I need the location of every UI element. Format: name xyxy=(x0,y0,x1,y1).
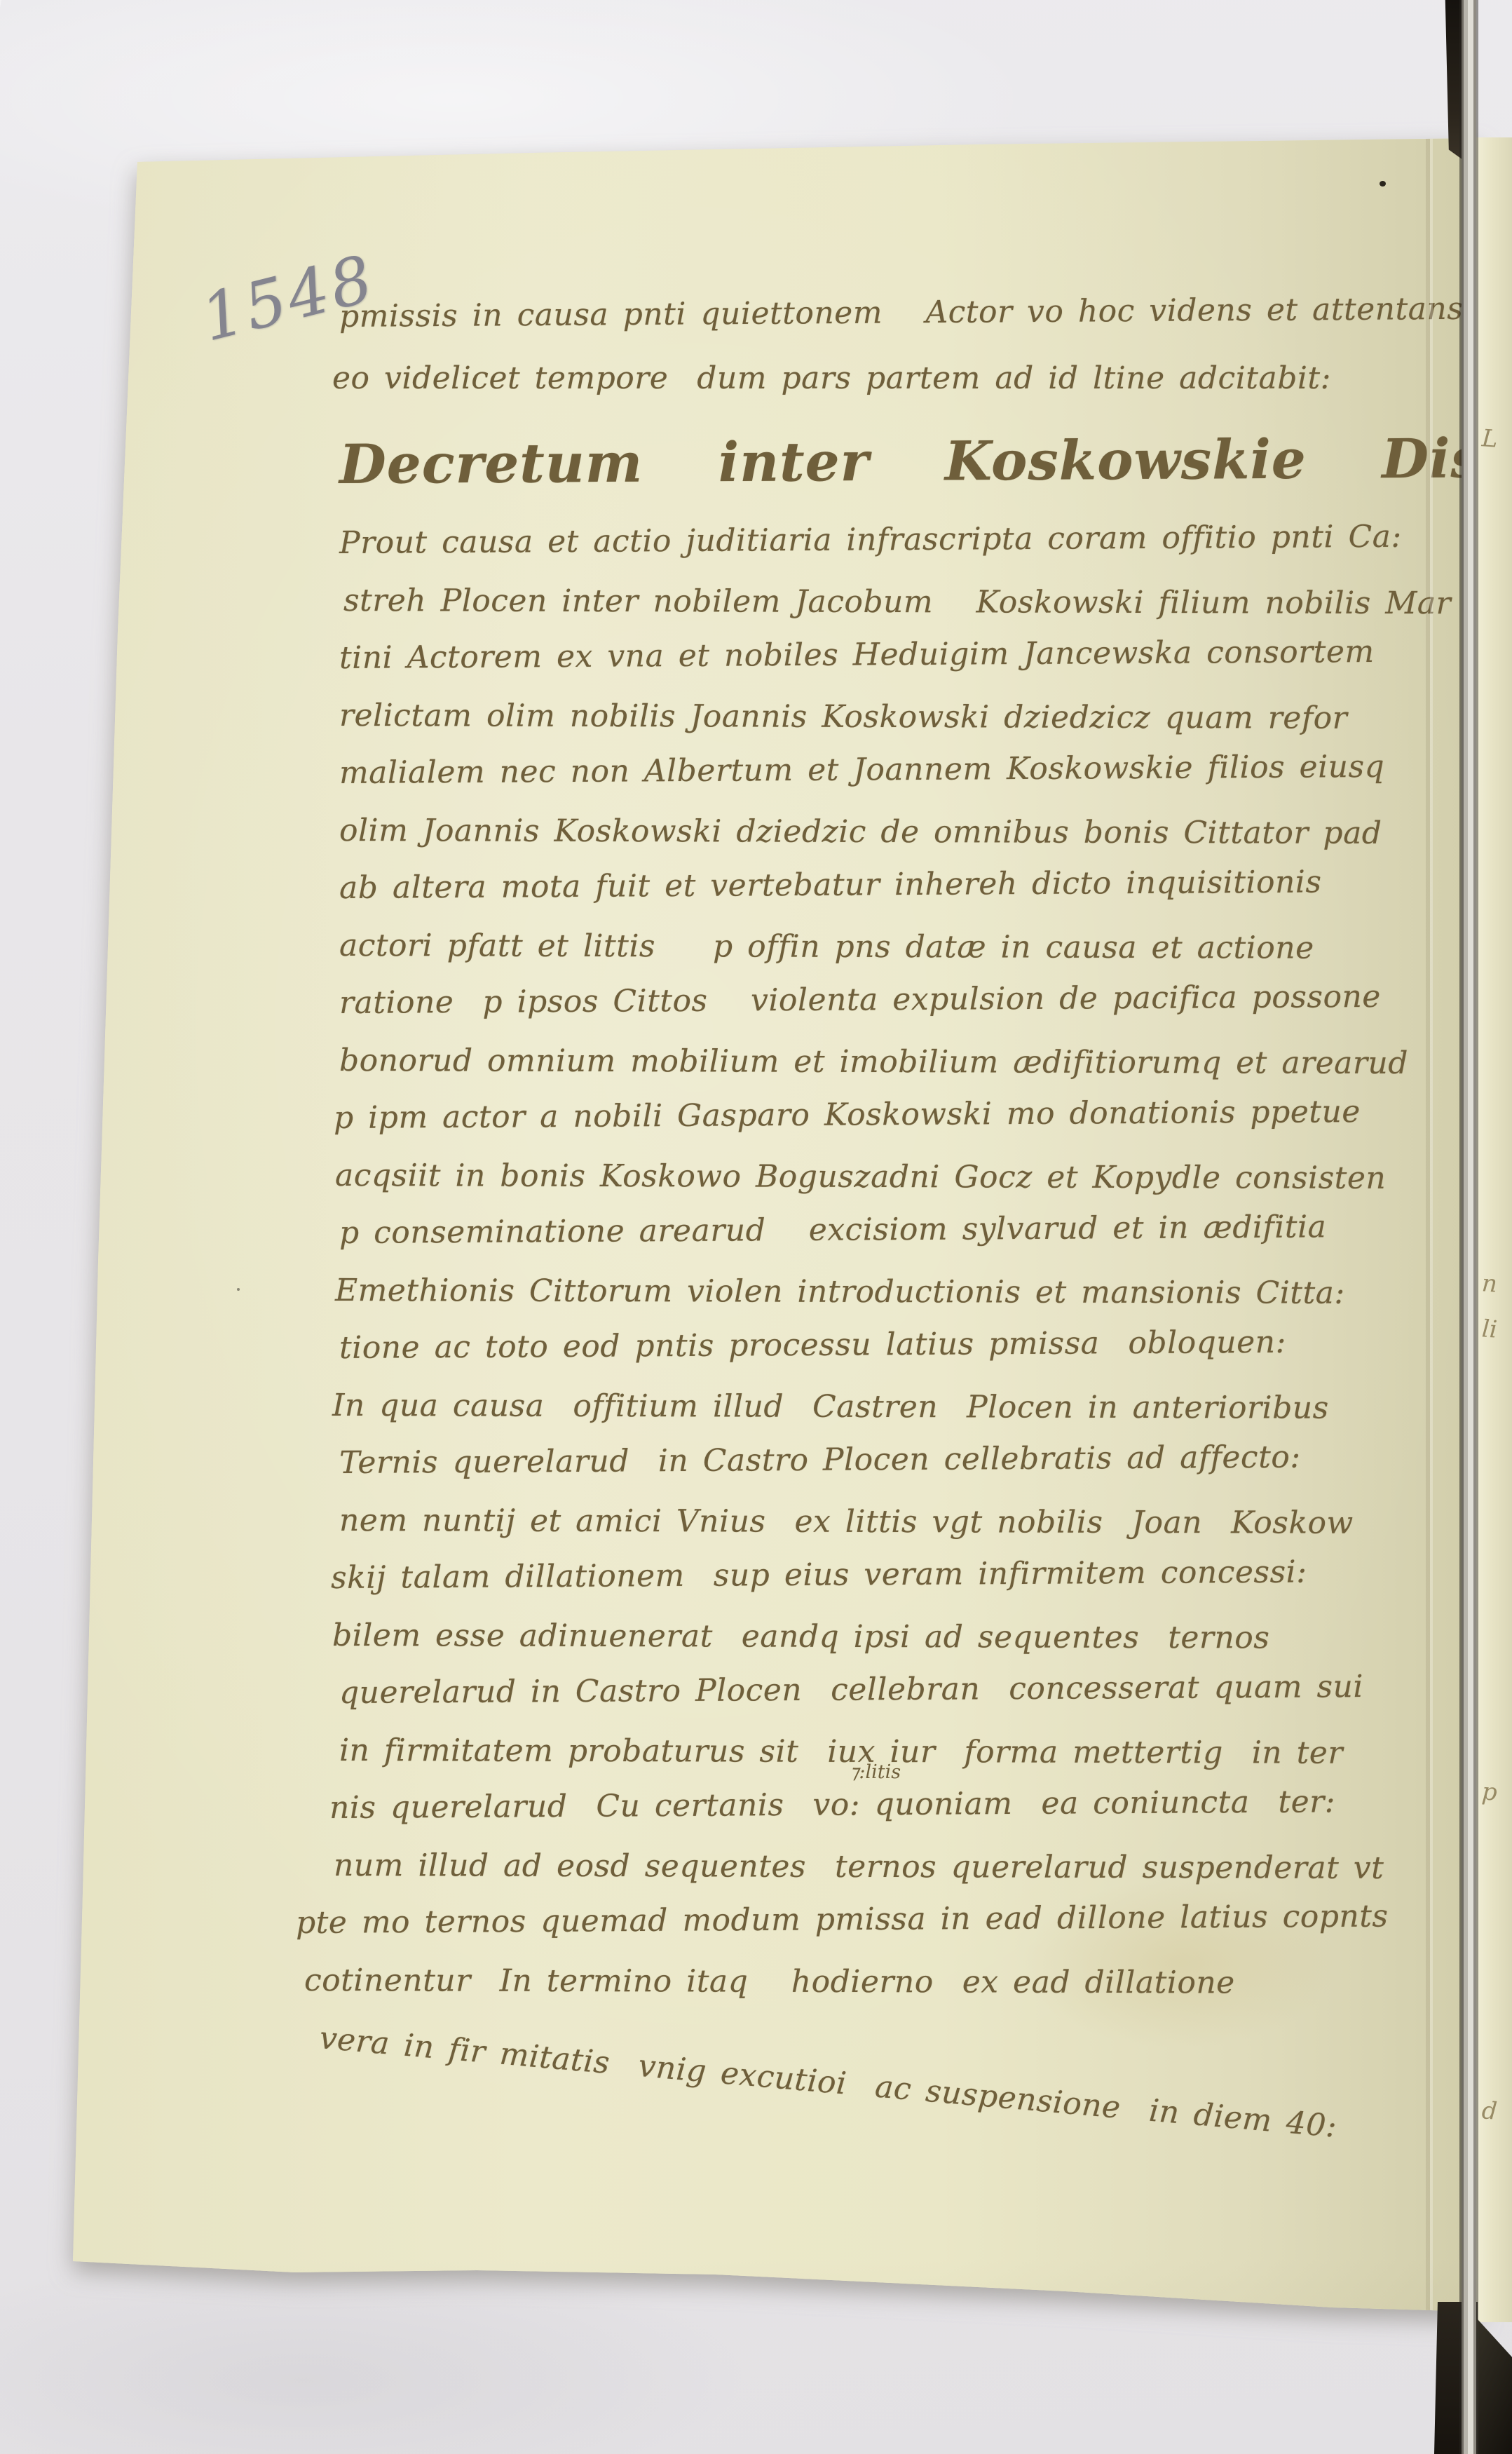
facing-page-ink-mark: n xyxy=(1481,1269,1499,1298)
manuscript-line: relictam olim nobilis Joannis Koskowski … xyxy=(339,687,1405,747)
manuscript-line: ab altera mota fuit et vertebatur inhere… xyxy=(339,853,1405,917)
manuscript-page: 1548 pmissis in causa pnti quiettonem Ac… xyxy=(0,0,1512,2454)
manuscript-line: Ternis querelarud in Castro Plocen celle… xyxy=(339,1428,1405,1492)
manuscript-text: pmissis in causa pnti quiettonem Actor v… xyxy=(339,286,1405,2067)
manuscript-line: streh Plocen inter nobilem Jacobum Kosko… xyxy=(343,572,1405,632)
facing-page-ink-mark: li xyxy=(1481,1315,1498,1343)
manuscript-line: Emethionis Cittorum violen introductioni… xyxy=(335,1262,1405,1322)
manuscript-line: pte mo ternos quemad modum pmissa in ead… xyxy=(296,1887,1405,1952)
manuscript-line: acqsiit in bonis Koskowo Boguszadni Gocz… xyxy=(335,1147,1405,1207)
decree-body: Prout causa et actio juditiaria infrascr… xyxy=(339,515,1405,2067)
manuscript-line: cotinentur In termino itaq hodierno ex e… xyxy=(304,1952,1405,2012)
ink-speck xyxy=(237,1288,240,1291)
manuscript-line: ratione p ipsos Cittos violenta expulsio… xyxy=(339,968,1405,1032)
manuscript-line: tione ac toto eod pntis processu latius … xyxy=(339,1313,1405,1377)
manuscript-line: In qua causa offitium illud Castren Ploc… xyxy=(332,1377,1405,1437)
manuscript-line: actori pfatt et littis p offin pns datæ … xyxy=(339,917,1405,977)
book-holder-rod xyxy=(1459,0,1478,2454)
interlinear-note: ⁊:litis xyxy=(850,1761,901,1783)
manuscript-line: bilem esse adinuenerat eandq ipsi ad seq… xyxy=(332,1607,1405,1667)
facing-page-ink-mark: d xyxy=(1481,2096,1499,2125)
opening-paragraph: pmissis in causa pnti quiettonem Actor v… xyxy=(339,286,1405,409)
ink-speck xyxy=(1380,181,1386,187)
facing-page-edge: Lnlipd xyxy=(1476,137,1512,2322)
manuscript-line: pmissis in causa pnti quiettonem Actor v… xyxy=(339,278,1405,348)
manuscript-line: tini Actorem ex vna et nobiles Heduigim … xyxy=(339,623,1405,687)
photo-background: 1548 pmissis in causa pnti quiettonem Ac… xyxy=(0,0,1512,2454)
manuscript-line: p conseminatione arearud excisiom sylvar… xyxy=(339,1198,1405,1262)
manuscript-line: Prout causa et actio juditiaria infrascr… xyxy=(339,508,1405,572)
manuscript-page-wrap: 1548 pmissis in causa pnti quiettonem Ac… xyxy=(0,0,1512,2454)
facing-page-ink-mark: L xyxy=(1481,424,1499,453)
manuscript-line: querelarud in Castro Plocen cellebran co… xyxy=(339,1658,1405,1722)
manuscript-line: vera in fir mitatis vnig excutioi ac sus… xyxy=(317,2009,1403,2162)
facing-page-ink-mark: p xyxy=(1481,1777,1499,1806)
manuscript-line: p ipm actor a nobili Gasparo Koskowski m… xyxy=(334,1083,1405,1147)
manuscript-line: skij talam dillationem sup eius veram in… xyxy=(331,1543,1405,1607)
manuscript-line: malialem nec non Albertum et Joannem Kos… xyxy=(339,738,1405,802)
manuscript-line: olim Joannis Koskowski dziedzic de omnib… xyxy=(339,802,1405,862)
decree-heading: Decretum inter Koskowskie Disiunctionis xyxy=(339,407,1405,517)
manuscript-line: eo videlicet tempore dum pars partem ad … xyxy=(332,348,1405,409)
